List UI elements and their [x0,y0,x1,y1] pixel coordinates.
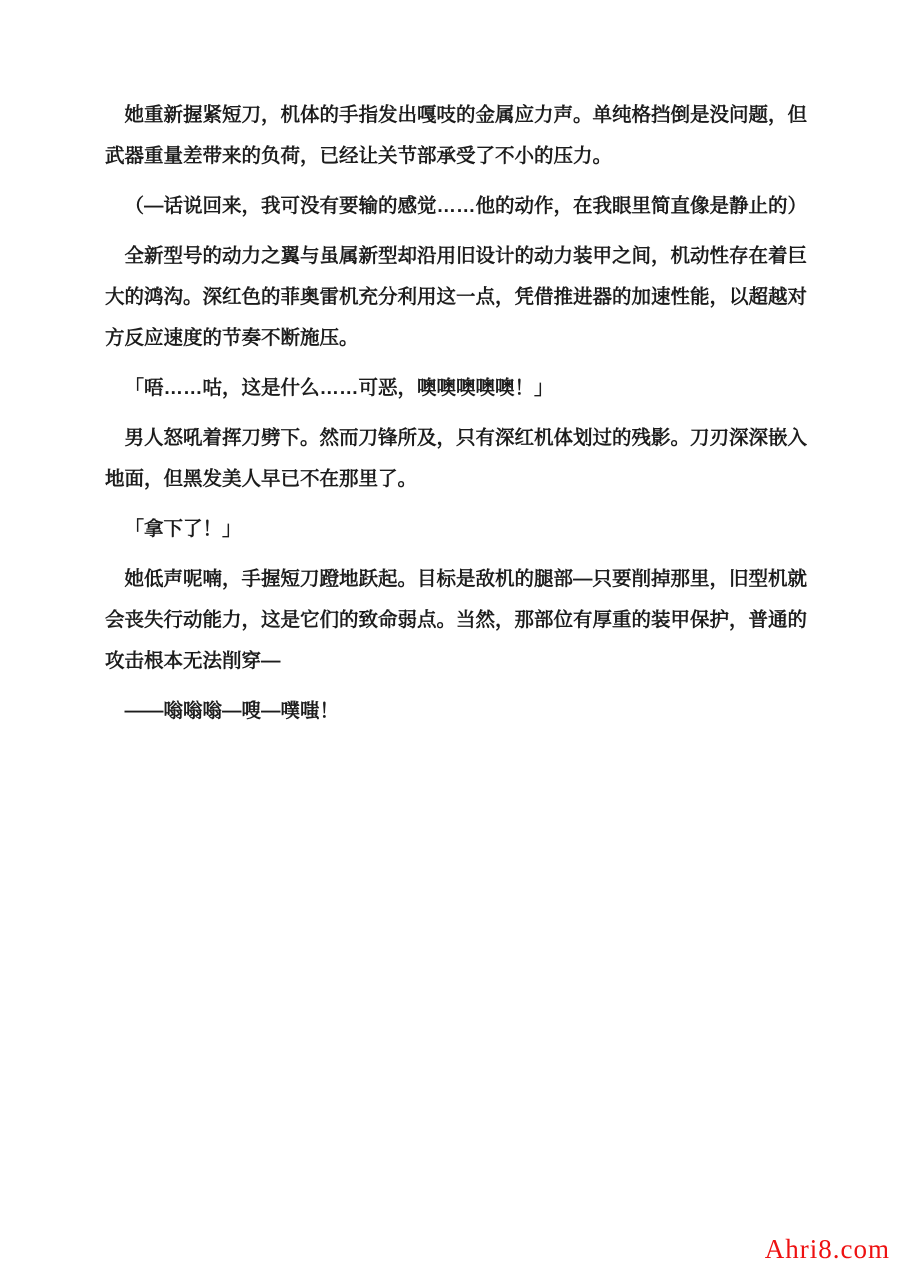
novel-text-block: 她重新握紧短刀，机体的手指发出嘎吱的金属应力声。单纯格挡倒是没问题，但武器重量差… [105,95,811,741]
site-watermark: Ahri8.com [765,1234,890,1265]
paragraph-1: 她重新握紧短刀，机体的手指发出嘎吱的金属应力声。单纯格挡倒是没问题，但武器重量差… [105,95,811,177]
paragraph-3: 全新型号的动力之翼与虽属新型却沿用旧设计的动力装甲之间，机动性存在着巨大的鸿沟。… [105,236,811,359]
paragraph-4-dialogue: 「唔……咕，这是什么……可恶，噢噢噢噢噢！」 [105,368,811,409]
novel-page: 她重新握紧短刀，机体的手指发出嘎吱的金属应力声。单纯格挡倒是没问题，但武器重量差… [0,0,900,1273]
paragraph-6-dialogue: 「拿下了！」 [105,509,811,550]
paragraph-5: 男人怒吼着挥刀劈下。然而刀锋所及，只有深红机体划过的残影。刀刃深深嵌入地面，但黑… [105,418,811,500]
paragraph-2-inner-monologue: （—话说回来，我可没有要输的感觉……他的动作，在我眼里简直像是静止的） [105,186,811,227]
paragraph-7: 她低声呢喃，手握短刀蹬地跃起。目标是敌机的腿部—只要削掉那里，旧型机就会丧失行动… [105,559,811,682]
paragraph-8-sound-effect: ——嗡嗡嗡—嗖—噗嗤！ [105,691,811,732]
